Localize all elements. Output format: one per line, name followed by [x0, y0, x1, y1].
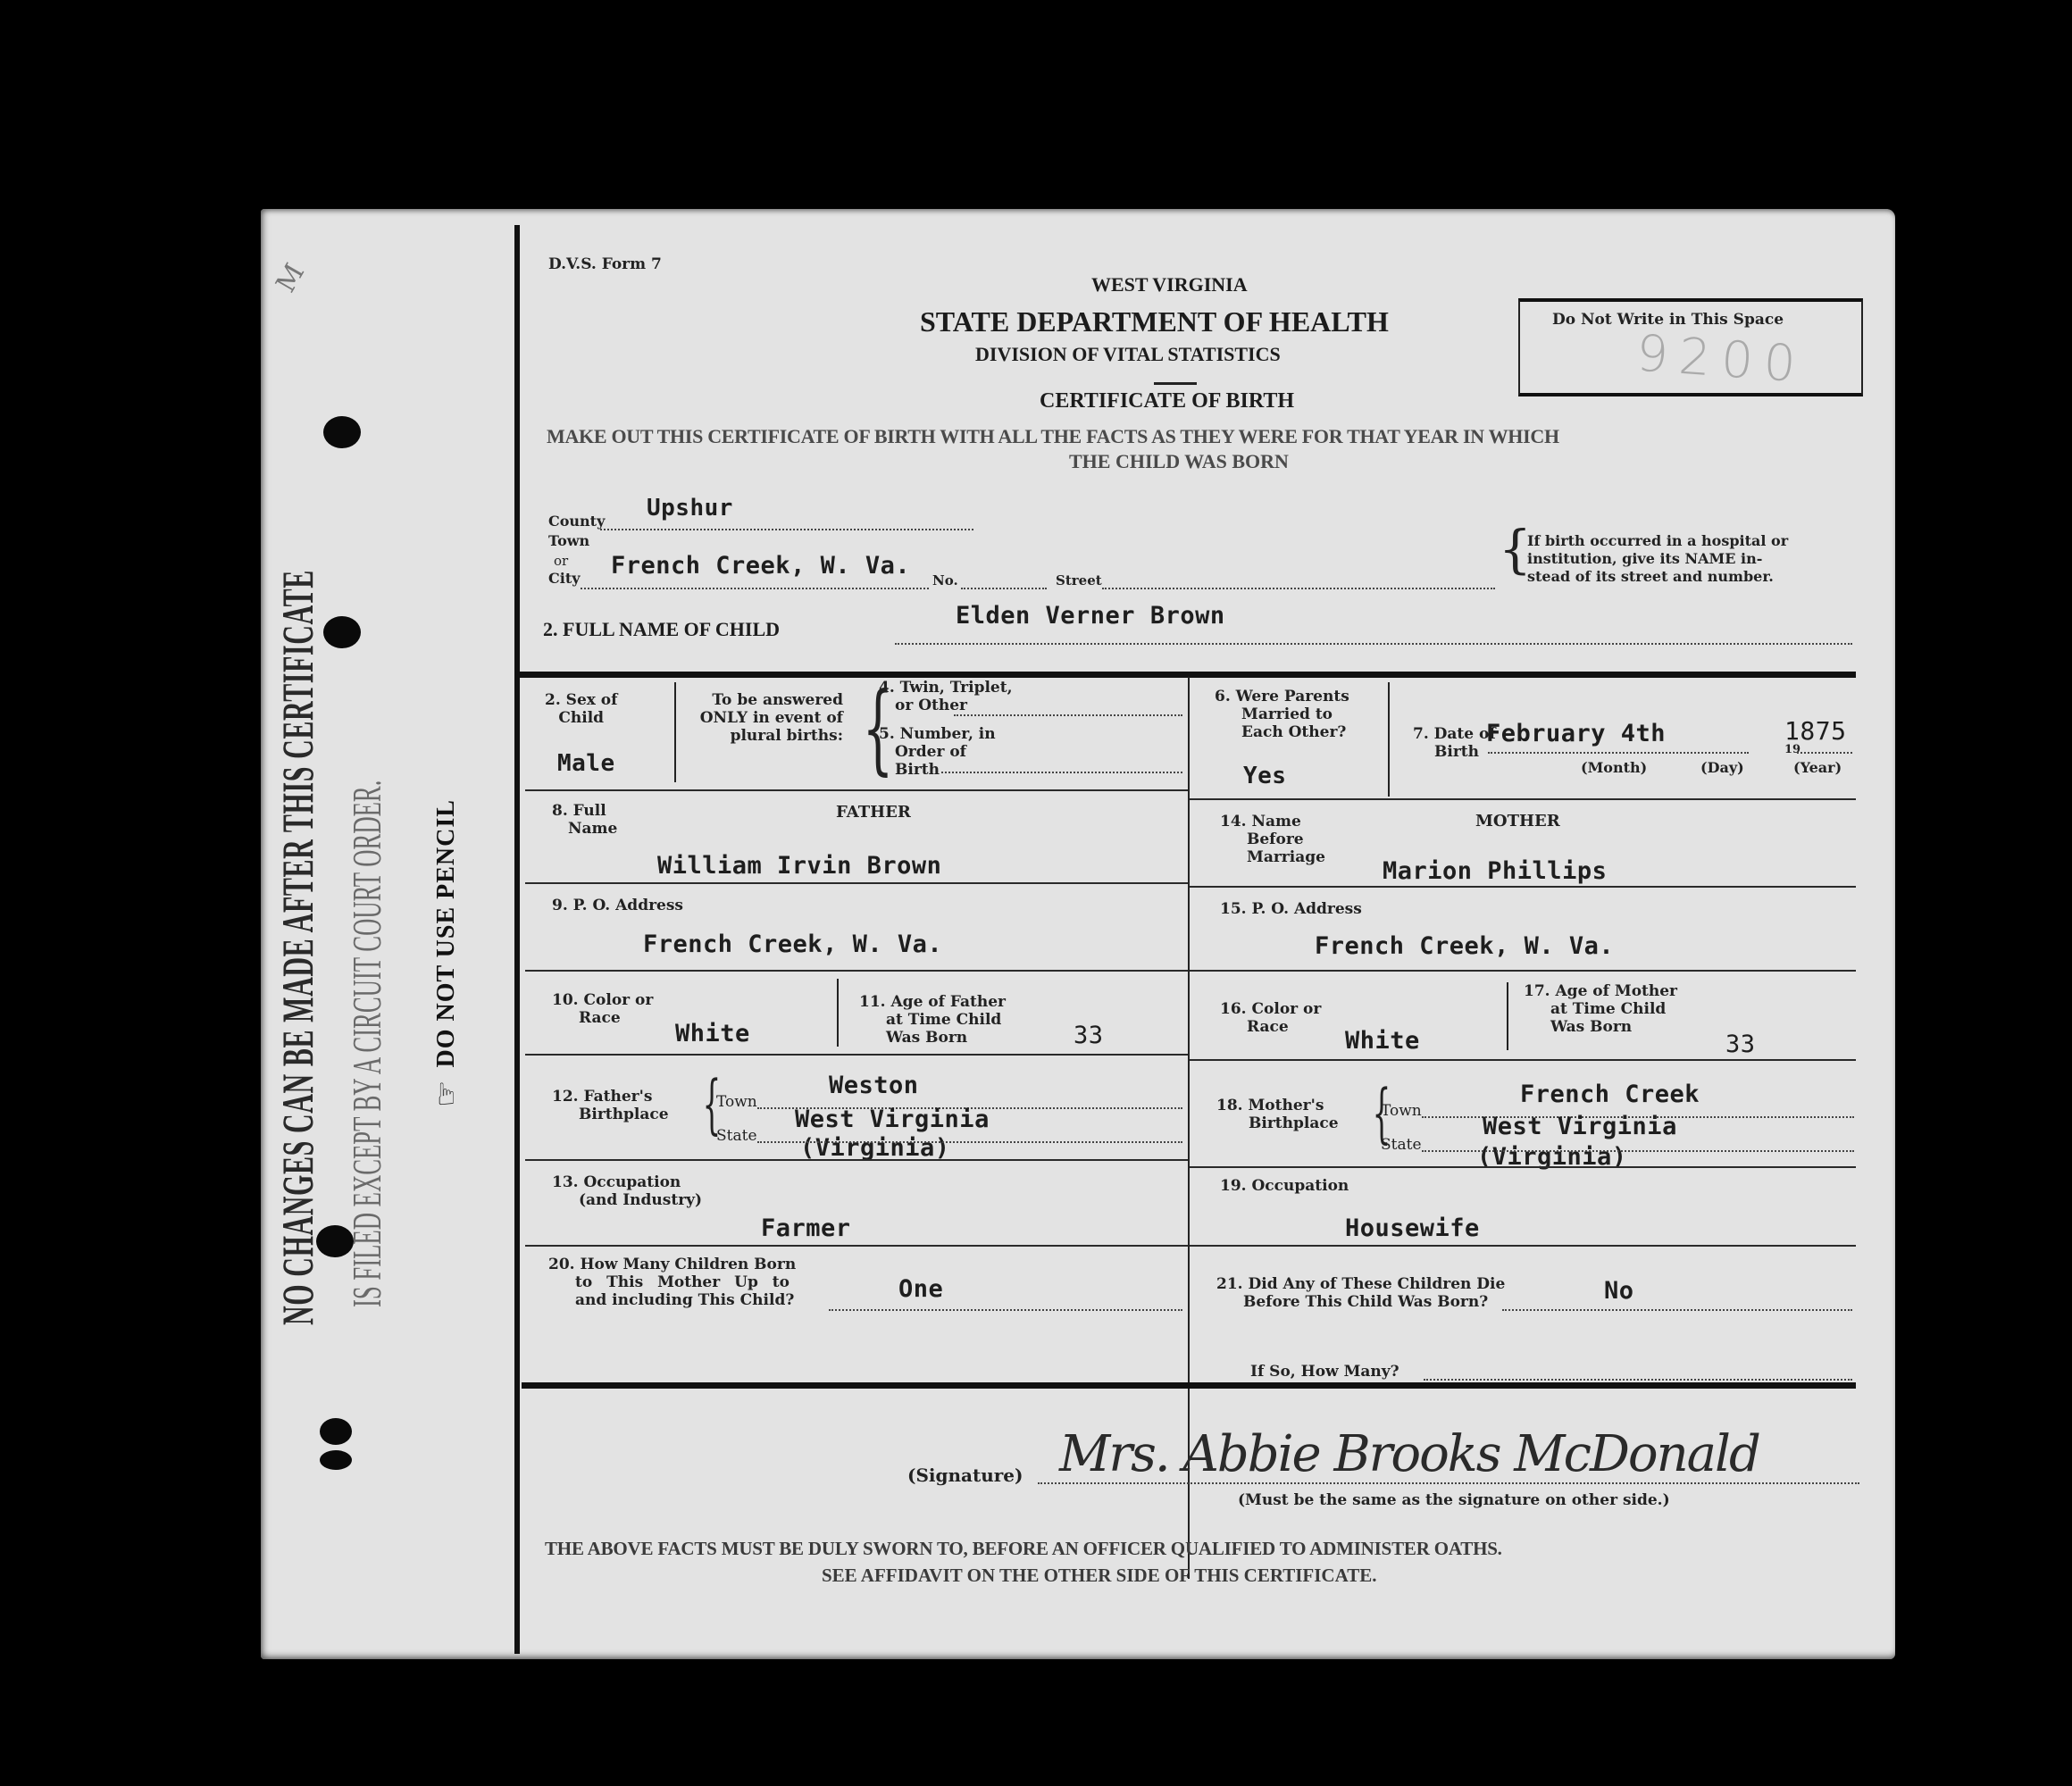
father-birthplace-label: 12. Father's Birthplace	[552, 1088, 669, 1123]
order-label-line1: 5. Number, in	[879, 725, 996, 743]
mother-age-label-line2: at Time Child	[1524, 1000, 1677, 1018]
father-age-value: 33	[1074, 1022, 1104, 1049]
children-died-value: No	[1604, 1277, 1634, 1305]
father-age-label-line2: at Time Child	[859, 1011, 1006, 1029]
father-name-value: William Irvin Brown	[657, 852, 941, 880]
mother-birthplace-label-line1: 18. Mother's	[1216, 1097, 1339, 1114]
plural-note-line3: plural births:	[688, 727, 843, 745]
children-count-line	[829, 1309, 1182, 1311]
footer-line1: THE ABOVE FACTS MUST BE DULY SWORN TO, B…	[545, 1538, 1502, 1560]
dob-label-line2: Birth	[1413, 743, 1496, 761]
city-line	[581, 588, 929, 589]
plural-births-note: To be answered ONLY in event of plural b…	[688, 691, 843, 745]
father-occupation-label-line2: (and Industry)	[552, 1191, 702, 1209]
city-label: City	[548, 570, 581, 588]
father-occupation-label: 13. Occupation (and Industry)	[552, 1173, 702, 1209]
father-birthplace-label-line2: Birthplace	[552, 1106, 669, 1123]
dob-day-caption: (Day)	[1700, 759, 1744, 777]
dob-label-line1: 7. Date of	[1413, 725, 1496, 743]
hospital-note: If birth occurred in a hospital or insti…	[1527, 532, 1788, 586]
row-father-address-bottom	[525, 970, 1188, 972]
margin-warning-line1: NO CHANGES CAN BE MADE AFTER THIS CERTIF…	[272, 570, 323, 1325]
city-value: French Creek, W. Va.	[611, 552, 910, 580]
sex-label-line2: Child	[545, 709, 617, 727]
sex-value: Male	[557, 750, 615, 777]
office-use-box: Do Not Write in This Space 9200	[1518, 298, 1863, 396]
or-label: or	[554, 552, 568, 570]
mother-race-divider	[1507, 982, 1508, 1050]
row-father-occupation-bottom	[525, 1245, 1188, 1247]
row-dob-bottom-right	[1190, 798, 1856, 800]
plural-note-line1: To be answered	[688, 691, 843, 709]
children-count-label-line2: to This Mother Up to	[548, 1273, 796, 1291]
mother-race-label-line1: 16. Color or	[1220, 1000, 1321, 1018]
father-age-label-line3: Was Born	[859, 1029, 1006, 1047]
pencil-warning: ☞ DO NOT USE PENCIL	[429, 799, 464, 1107]
order-label-line2: Order of	[879, 743, 996, 761]
father-name-label: 8. Full Name	[552, 802, 617, 838]
header-divider	[1154, 382, 1197, 385]
child-name-line	[895, 643, 1852, 645]
mother-name-value: Marion Phillips	[1383, 857, 1607, 885]
number-label: No.	[932, 572, 958, 589]
signature-value: Mrs. Abbie Brooks McDonald	[1059, 1425, 1759, 1483]
mother-address-value: French Creek, W. Va.	[1315, 932, 1614, 960]
father-heading: FATHER	[836, 804, 911, 822]
county-line	[600, 529, 973, 530]
hospital-note-line1: If birth occurred in a hospital or	[1527, 532, 1788, 550]
father-age-label-line1: 11. Age of Father	[859, 993, 1006, 1011]
order-label-line3: Birth	[879, 761, 996, 779]
father-name-label-line1: 8. Full	[552, 802, 617, 820]
children-count-value: One	[898, 1275, 943, 1303]
mother-name-label-line1: 14. Name	[1220, 813, 1325, 830]
mother-race-label: 16. Color or Race	[1220, 1000, 1321, 1036]
father-town-value: Weston	[829, 1072, 919, 1099]
mother-town-label: Town	[1381, 1102, 1422, 1120]
sex-label: 2. Sex of Child	[545, 691, 617, 727]
mother-age-value: 33	[1725, 1031, 1756, 1058]
father-town-label: Town	[716, 1093, 757, 1111]
street-label: Street	[1056, 572, 1102, 589]
twin-label-line2: or Other	[879, 697, 1013, 714]
row-father-name-bottom	[525, 882, 1188, 884]
header-state: WEST VIRGINIA	[1091, 273, 1248, 296]
header-division: DIVISION OF VITAL STATISTICS	[975, 343, 1281, 366]
dob-month-caption: (Month)	[1581, 759, 1647, 777]
married-label-line2: Married to	[1215, 705, 1349, 723]
hospital-note-line2: institution, give its NAME in-	[1527, 550, 1788, 568]
father-race-label-line1: 10. Color or	[552, 991, 653, 1009]
signature-note: (Must be the same as the signature on ot…	[1238, 1491, 1670, 1509]
dob-label: 7. Date of Birth	[1413, 725, 1496, 761]
mother-occupation-label: 19. Occupation	[1220, 1177, 1349, 1195]
town-label: Town	[548, 532, 589, 550]
married-label-line1: 6. Were Parents	[1215, 688, 1349, 705]
children-died-label: 21. Did Any of These Children Die Before…	[1216, 1275, 1505, 1311]
mother-age-label-line1: 17. Age of Mother	[1524, 982, 1677, 1000]
mother-age-label-line3: Was Born	[1524, 1018, 1677, 1036]
father-state-label: State	[716, 1127, 757, 1145]
father-race-label-line2: Race	[552, 1009, 653, 1027]
punch-hole-4	[320, 1418, 352, 1445]
mother-name-label-line3: Marriage	[1220, 848, 1325, 866]
hospital-note-line3: stead of its street and number.	[1527, 568, 1788, 586]
dob-year-line	[1797, 752, 1852, 754]
father-age-label: 11. Age of Father at Time Child Was Born	[859, 993, 1006, 1047]
mother-town-value: French Creek	[1520, 1081, 1700, 1108]
mother-state-line	[1422, 1150, 1854, 1152]
child-name-value: Elden Verner Brown	[956, 602, 1225, 630]
father-race-value: White	[675, 1020, 750, 1047]
signature-label: (Signature)	[907, 1466, 1023, 1484]
county-label: County	[548, 513, 605, 530]
parents-married-value: Yes	[1243, 763, 1286, 789]
county-value: Upshur	[647, 495, 733, 522]
row-father-race-bottom	[525, 1054, 1188, 1056]
dob-month-day: February 4th	[1486, 720, 1666, 747]
birth-order-line	[941, 772, 1182, 773]
father-address-label: 9. P. O. Address	[552, 897, 683, 914]
mother-birthplace-label-line2: Birthplace	[1216, 1114, 1339, 1132]
mother-race-label-line2: Race	[1220, 1018, 1321, 1036]
number-line	[961, 588, 1047, 589]
mother-heading: MOTHER	[1475, 813, 1560, 830]
how-many-line	[1424, 1379, 1852, 1381]
mother-name-label-line2: Before	[1220, 830, 1325, 848]
married-divider	[1388, 682, 1390, 797]
father-race-label: 10. Color or Race	[552, 991, 653, 1027]
dob-year-caption: (Year)	[1793, 759, 1842, 777]
married-label-line3: Each Other?	[1215, 723, 1349, 741]
father-birthplace-label-line1: 12. Father's	[552, 1088, 669, 1106]
punch-hole-2	[323, 616, 361, 648]
twin-label: 4. Twin, Triplet, or Other	[879, 679, 1013, 714]
row-mother-occupation-bottom	[1190, 1245, 1856, 1247]
pointing-hand-icon: ☞	[429, 1081, 464, 1107]
punch-hole-1	[323, 416, 361, 448]
birth-certificate-page: M NO CHANGES CAN BE MADE AFTER THIS CERT…	[261, 209, 1895, 1659]
mother-state-value: West Virginia	[1483, 1113, 1677, 1140]
header-department: STATE DEPARTMENT OF HEALTH	[920, 305, 1389, 338]
children-died-label-line1: 21. Did Any of These Children Die	[1216, 1275, 1505, 1293]
twin-line	[954, 714, 1182, 716]
parents-married-label: 6. Were Parents Married to Each Other?	[1215, 688, 1349, 741]
father-address-value: French Creek, W. Va.	[643, 931, 942, 958]
father-name-label-line2: Name	[552, 820, 617, 838]
row-sex-bottom-left	[525, 789, 1188, 791]
dob-line	[1488, 752, 1749, 754]
instruction-line1: MAKE OUT THIS CERTIFICATE OF BIRTH WITH …	[547, 425, 1559, 448]
row-mother-name-bottom	[1190, 886, 1856, 888]
father-occupation-value: Farmer	[761, 1214, 851, 1242]
children-died-line	[1502, 1309, 1852, 1311]
father-race-divider	[837, 979, 839, 1047]
pencil-mark: M	[271, 258, 312, 297]
father-state-line	[757, 1141, 1182, 1143]
sex-label-line1: 2. Sex of	[545, 691, 617, 709]
dob-year: 1875	[1784, 716, 1846, 746]
children-died-label-line2: Before This Child Was Born?	[1216, 1293, 1505, 1311]
children-count-label: 20. How Many Children Born to This Mothe…	[548, 1256, 796, 1309]
father-state-note: (Virginia)	[800, 1134, 950, 1162]
birth-order-label: 5. Number, in Order of Birth	[879, 725, 996, 779]
mother-address-label: 15. P. O. Address	[1220, 900, 1362, 918]
row-mother-birthplace-bottom	[1190, 1166, 1856, 1168]
mother-occupation-value: Housewife	[1345, 1214, 1480, 1242]
father-occupation-label-line1: 13. Occupation	[552, 1173, 702, 1191]
margin-warning-line2: IS FILED EXCEPT BY A CIRCUIT COURT ORDER…	[343, 780, 390, 1307]
child-name-label: 2. FULL NAME OF CHILD	[543, 618, 780, 641]
certificate-title: CERTIFICATE OF BIRTH	[1040, 389, 1294, 413]
children-count-label-line3: and including This Child?	[548, 1291, 796, 1309]
how-many-label: If So, How Many?	[1250, 1363, 1399, 1381]
twin-label-line1: 4. Twin, Triplet,	[879, 679, 1013, 697]
mother-race-value: White	[1345, 1027, 1420, 1055]
office-use-number: 9200	[1634, 324, 1809, 394]
mother-name-label: 14. Name Before Marriage	[1220, 813, 1325, 866]
row-father-birthplace-bottom	[525, 1159, 1188, 1161]
mother-birthplace-label: 18. Mother's Birthplace	[1216, 1097, 1339, 1132]
section-rule-bottom	[522, 1382, 1856, 1389]
footer-line2: SEE AFFIDAVIT ON THE OTHER SIDE OF THIS …	[822, 1565, 1376, 1587]
mother-age-label: 17. Age of Mother at Time Child Was Born	[1524, 982, 1677, 1036]
street-line	[1102, 588, 1495, 589]
plural-note-line2: ONLY in event of	[688, 709, 843, 727]
children-count-label-line1: 20. How Many Children Born	[548, 1256, 796, 1273]
instruction-line2: THE CHILD WAS BORN	[1069, 450, 1289, 473]
father-state-value: West Virginia	[795, 1106, 990, 1133]
pencil-warning-text: DO NOT USE PENCIL	[432, 799, 461, 1067]
mother-state-label: State	[1381, 1136, 1422, 1154]
punch-hole-5	[320, 1450, 352, 1470]
row-mother-address-bottom	[1190, 970, 1856, 972]
form-id: D.V.S. Form 7	[548, 255, 662, 273]
sex-divider	[674, 682, 676, 782]
row-mother-race-bottom	[1190, 1059, 1856, 1061]
form-left-border	[514, 225, 520, 1654]
